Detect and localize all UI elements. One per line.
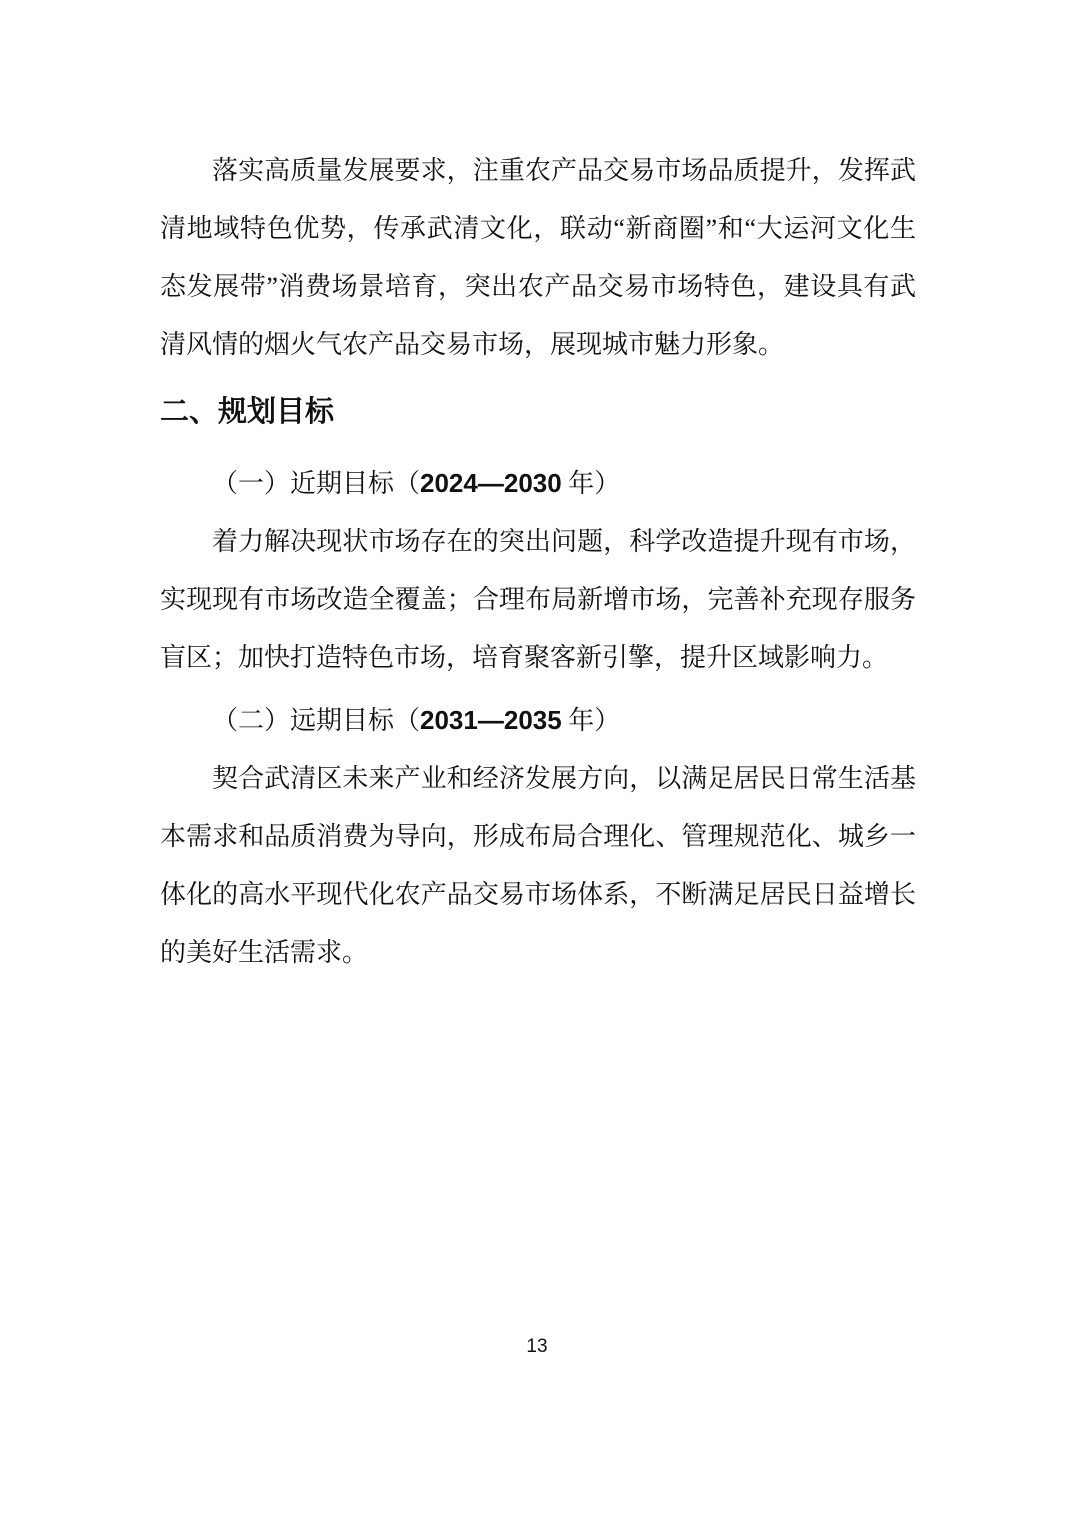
subheading-near-term-goal: （一）近期目标（2024—2030 年） bbox=[160, 454, 916, 513]
document-page: 落实高质量发展要求，注重农产品交易市场品质提升，发挥武清地域特色优势，传承武清文… bbox=[0, 0, 1074, 1520]
subheading-long-term-years: 2031—2035 bbox=[420, 705, 562, 735]
subheading-near-term-years: 2024—2030 bbox=[420, 468, 562, 498]
subheading-long-term-goal: （二）远期目标（2031—2035 年） bbox=[160, 691, 916, 750]
paragraph-overview: 落实高质量发展要求，注重农产品交易市场品质提升，发挥武清地域特色优势，传承武清文… bbox=[160, 142, 916, 374]
subheading-long-term-prefix: （二）远期目标（ bbox=[212, 706, 420, 735]
page-number: 13 bbox=[526, 1336, 547, 1357]
subheading-near-term-suffix: 年） bbox=[562, 469, 621, 498]
paragraph-near-term-goal: 着力解决现状市场存在的突出问题，科学改造提升现有市场，实现现有市场改造全覆盖；合… bbox=[160, 513, 916, 687]
subheading-long-term-suffix: 年） bbox=[562, 706, 621, 735]
page-content: 落实高质量发展要求，注重农产品交易市场品质提升，发挥武清地域特色优势，传承武清文… bbox=[160, 142, 916, 982]
section-heading: 二、规划目标 bbox=[160, 383, 916, 441]
page-footer: 13 bbox=[0, 1336, 1074, 1358]
subheading-near-term-prefix: （一）近期目标（ bbox=[212, 469, 420, 498]
paragraph-long-term-goal: 契合武清区未来产业和经济发展方向，以满足居民日常生活基本需求和品质消费为导向，形… bbox=[160, 750, 916, 982]
